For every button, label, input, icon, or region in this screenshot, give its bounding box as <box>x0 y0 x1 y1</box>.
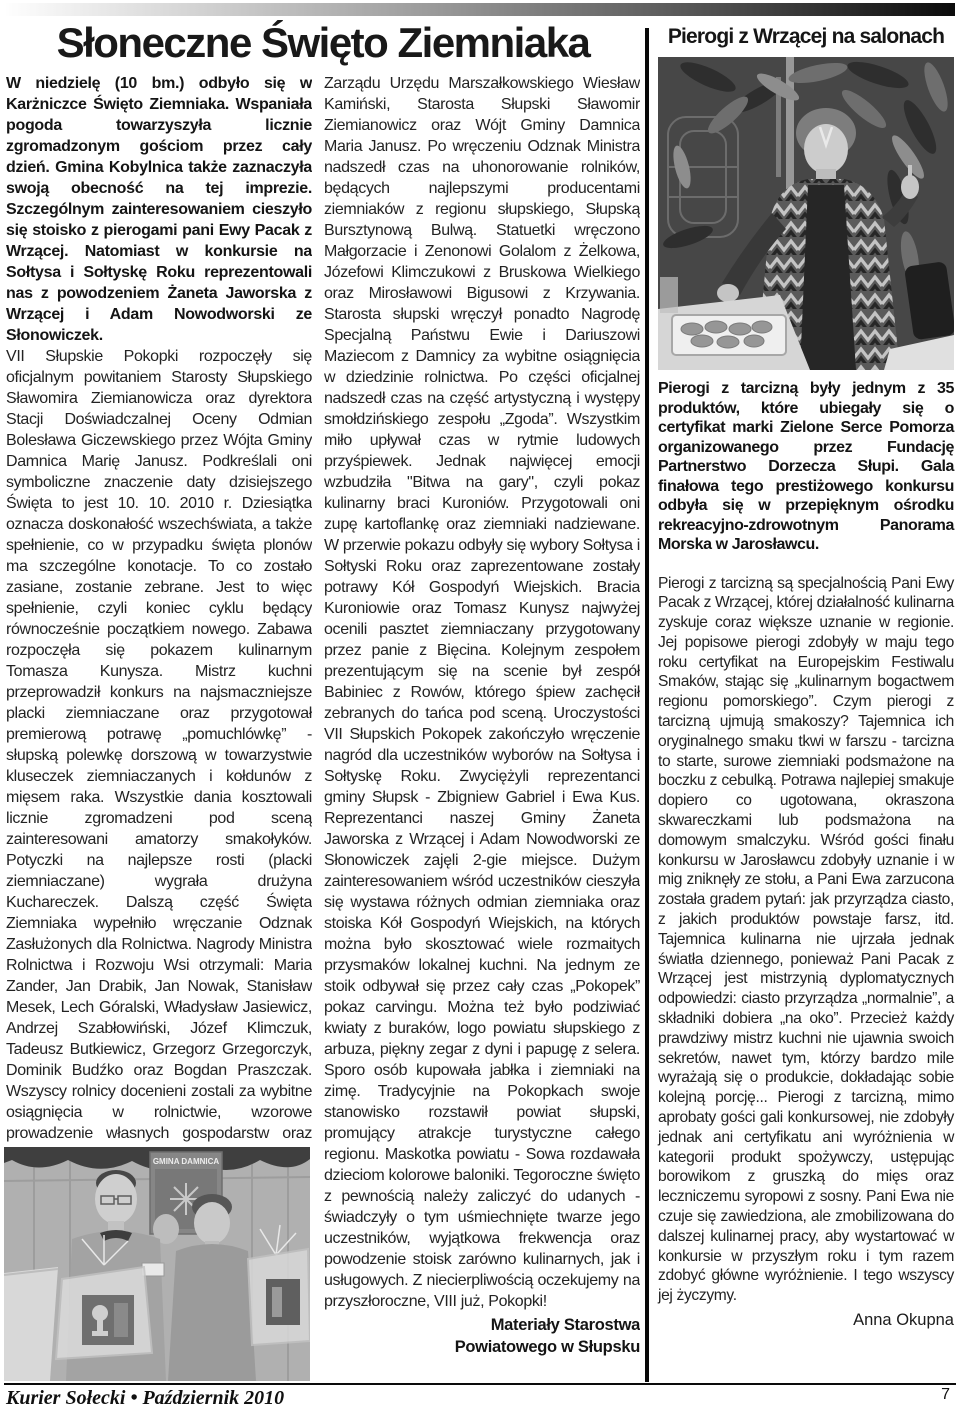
winners-photo: GMINA DAMNICA <box>4 1147 310 1381</box>
credit-line-2: Powiatowego w Słupsku <box>455 1338 640 1356</box>
newspaper-page: Słoneczne Święto Ziemniaka W niedzielę (… <box>0 0 960 1409</box>
main-article-credit: Materiały Starostwa Powiatowego w Słupsk… <box>324 1314 640 1358</box>
main-lead-paragraph: W niedzielę (10 bm.) odbyło się w Karżni… <box>6 73 312 346</box>
main-article-column-1: W niedzielę (10 bm.) odbyło się w Karżni… <box>6 73 312 1145</box>
footer-rule <box>4 1383 956 1385</box>
main-body-column-2: Zarządu Urzędu Marszałkowskiego Wiesław … <box>324 73 640 1312</box>
top-gradient-bar <box>6 3 955 16</box>
side-article: Pierogi z Wrzącej na salonach <box>658 24 954 1331</box>
side-article-byline: Anna Okupna <box>658 1309 954 1331</box>
side-headline: Pierogi z Wrzącej na salonach <box>658 24 954 50</box>
main-headline: Słoneczne Święto Ziemniaka <box>6 20 640 66</box>
credit-line-1: Materiały Starostwa <box>491 1316 640 1334</box>
main-article: Słoneczne Święto Ziemniaka W niedzielę (… <box>6 20 640 73</box>
banner-text: GMINA DAMNICA <box>153 1157 220 1166</box>
column-divider-rule <box>645 28 649 1382</box>
pierogi-photo-illustration <box>658 57 954 370</box>
page-number: 7 <box>941 1386 950 1404</box>
footer-publication-title: Kurier Sołecki • Październik 2010 <box>6 1387 284 1409</box>
side-lead-paragraph: Pierogi z tarcizną były jednym z 35 prod… <box>658 379 954 555</box>
main-article-column-2: Zarządu Urzędu Marszałkowskiego Wiesław … <box>324 73 640 1381</box>
main-body-column-1: VII Słupskie Pokopki rozpoczęły się ofic… <box>6 346 312 1145</box>
side-body-text: Pierogi z tarcizną są specjalnością Pani… <box>658 574 954 1306</box>
pierogi-photo <box>658 57 954 370</box>
winners-photo-illustration: GMINA DAMNICA <box>4 1147 310 1381</box>
